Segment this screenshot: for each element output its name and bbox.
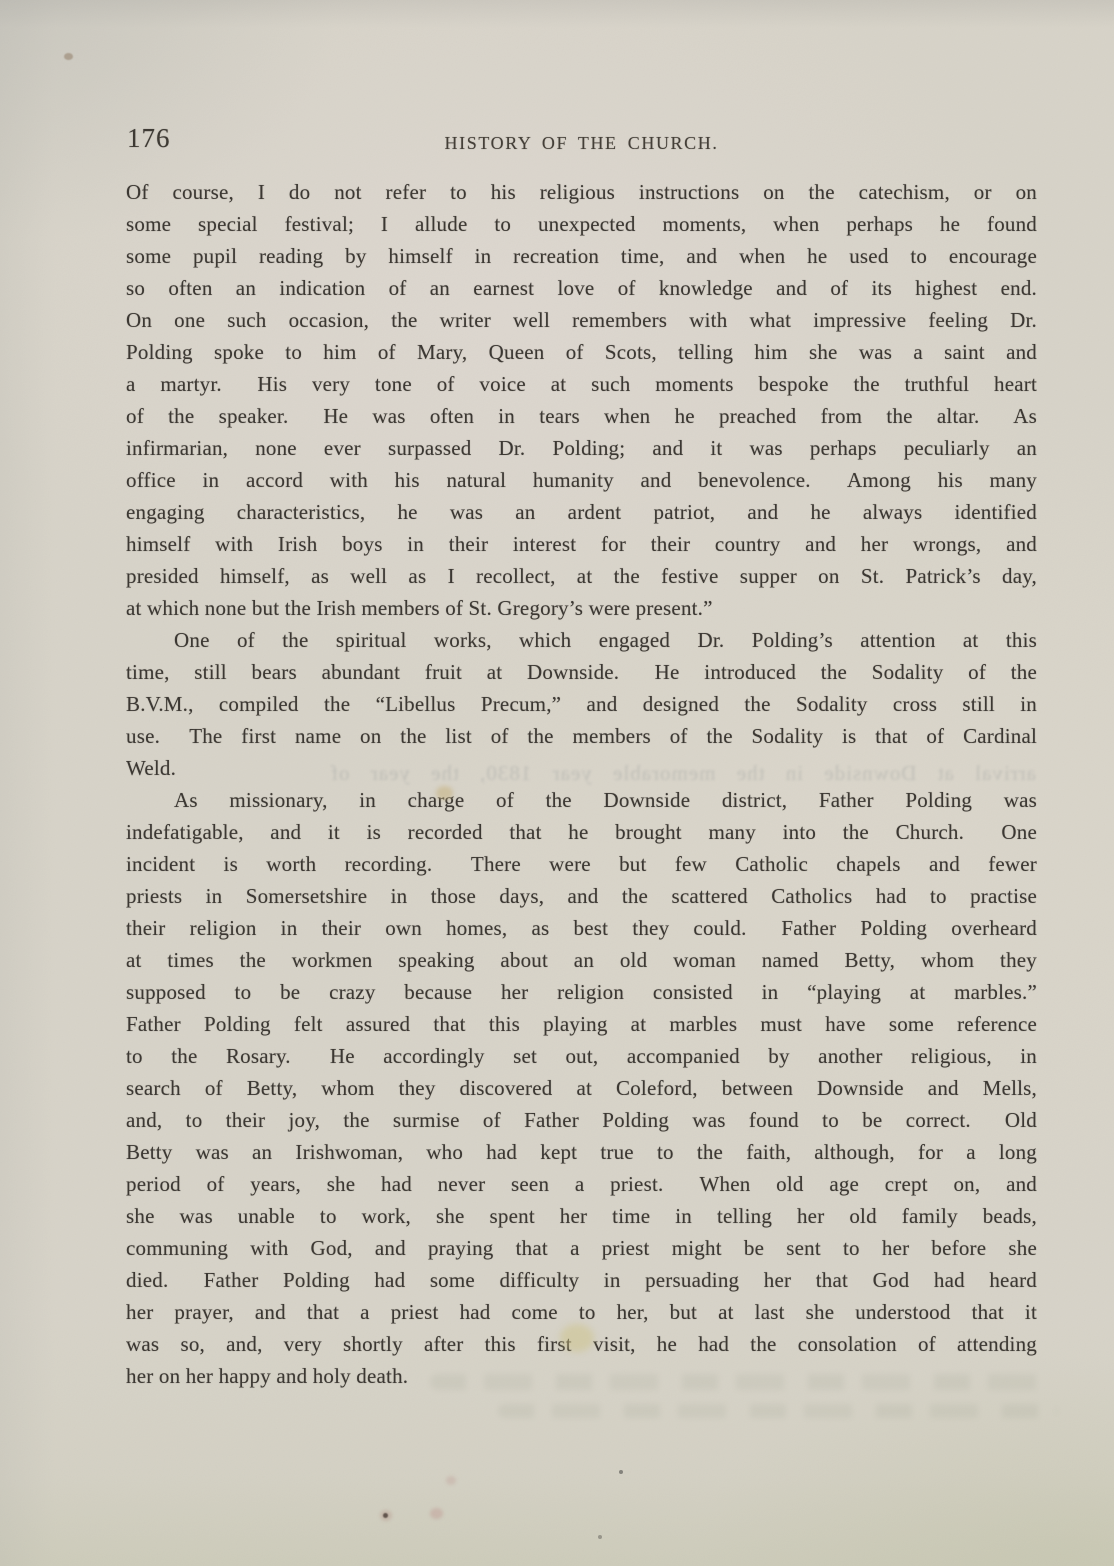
text-line: engaging characteristics, he was an arde… xyxy=(126,496,1037,528)
text-line: their religion in their own homes, as be… xyxy=(126,912,1037,944)
text-line: office in accord with his natural humani… xyxy=(126,464,1037,496)
text-line: was so, and, very shortly after this fir… xyxy=(126,1328,1037,1360)
text-line: some pupil reading by himself in recreat… xyxy=(126,240,1037,272)
text-line: time, still bears abundant fruit at Down… xyxy=(126,656,1037,688)
text-line: to the Rosary. He accordingly set out, a… xyxy=(126,1040,1037,1072)
scanned-book-page: 176 HISTORY OF THE CHURCH. Of course, I … xyxy=(0,0,1114,1566)
text-line: On one such occasion, the writer well re… xyxy=(126,304,1037,336)
text-line: indefatigable, and it is recorded that h… xyxy=(126,816,1037,848)
text-line: she was unable to work, she spent her ti… xyxy=(126,1200,1037,1232)
text-line: infirmarian, none ever surpassed Dr. Pol… xyxy=(126,432,1037,464)
text-line: a martyr. His very tone of voice at such… xyxy=(126,368,1037,400)
text-line: supposed to be crazy because her religio… xyxy=(126,976,1037,1008)
paper-stain xyxy=(380,1510,392,1521)
text-line: some special festival; I allude to unexp… xyxy=(126,208,1037,240)
paper-stain xyxy=(446,1476,456,1485)
text-line: at which none but the Irish members of S… xyxy=(126,592,1037,624)
text-line: period of years, she had never seen a pr… xyxy=(126,1168,1037,1200)
text-line: of the speaker. He was often in tears wh… xyxy=(126,400,1037,432)
text-line: Of course, I do not refer to his religio… xyxy=(126,176,1037,208)
text-line: B.V.M., compiled the “Libellus Precum,” … xyxy=(126,688,1037,720)
text-line: search of Betty, whom they discovered at… xyxy=(126,1072,1037,1104)
text-line: Betty was an Irishwoman, who had kept tr… xyxy=(126,1136,1037,1168)
text-line: died. Father Polding had some difficulty… xyxy=(126,1264,1037,1296)
text-line: use. The first name on the list of the m… xyxy=(126,720,1037,752)
paper-stain xyxy=(64,53,73,60)
showthrough-smudge xyxy=(430,1374,1050,1390)
text-line: so often an indication of an earnest lov… xyxy=(126,272,1037,304)
paper-stain xyxy=(430,1508,443,1519)
text-line: incident is worth recording. There were … xyxy=(126,848,1037,880)
paper-stain xyxy=(383,1513,388,1518)
text-line: Polding spoke to him of Mary, Queen of S… xyxy=(126,336,1037,368)
text-line: himself with Irish boys in their interes… xyxy=(126,528,1037,560)
text-line: her prayer, and that a priest had come t… xyxy=(126,1296,1037,1328)
text-line: Father Polding felt assured that this pl… xyxy=(126,1008,1037,1040)
text-line: communing with God, and praying that a p… xyxy=(126,1232,1037,1264)
text-line: One of the spiritual works, which engage… xyxy=(126,624,1037,656)
paper-stain xyxy=(619,1470,623,1474)
text-line: priests in Somersetshire in those days, … xyxy=(126,880,1037,912)
text-line: presided himself, as well as I recollect… xyxy=(126,560,1037,592)
showthrough-smudge xyxy=(498,1404,1058,1418)
showthrough-text: arrival at Downside in the memorable yea… xyxy=(330,758,1036,788)
running-header: HISTORY OF THE CHURCH. xyxy=(126,133,1037,153)
paper-stain xyxy=(598,1535,602,1539)
text-line: As missionary, in charge of the Downside… xyxy=(126,784,1037,816)
text-line: and, to their joy, the surmise of Father… xyxy=(126,1104,1037,1136)
text-line: at times the workmen speaking about an o… xyxy=(126,944,1037,976)
